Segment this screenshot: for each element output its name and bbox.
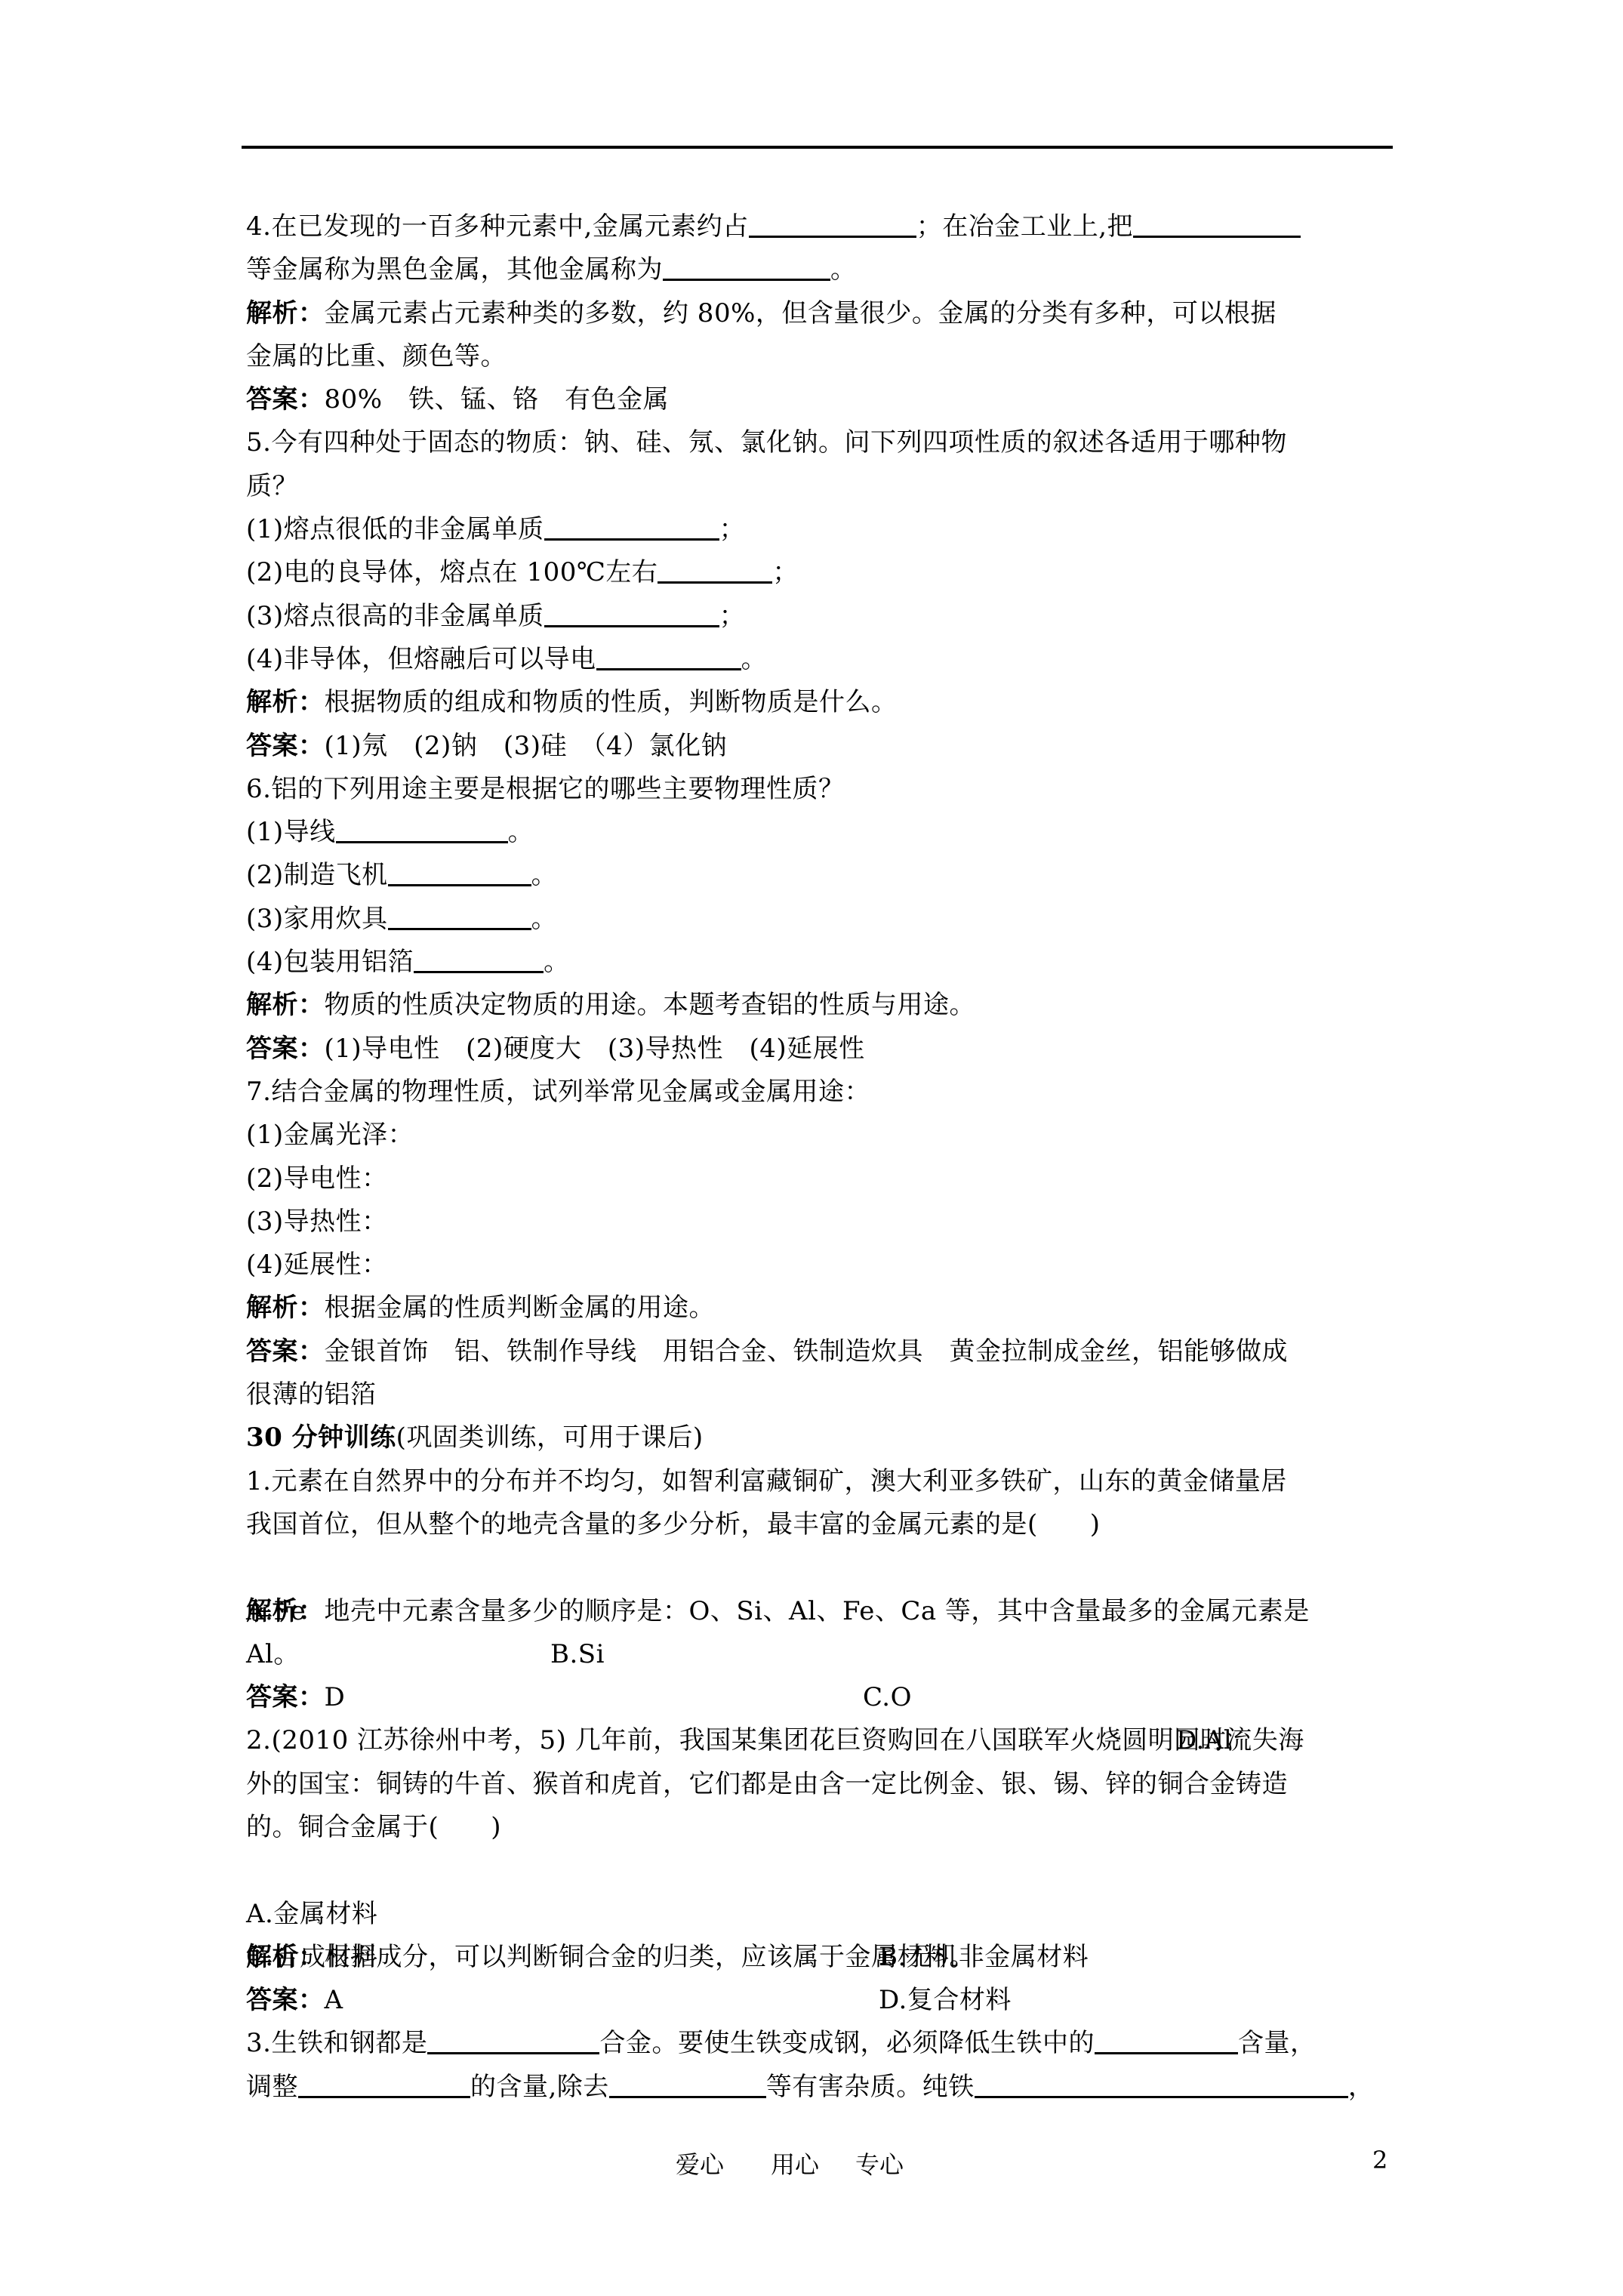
footer-motto: 爱心用心专心 — [676, 2146, 904, 2180]
q4-text: 。 — [830, 254, 857, 285]
q5-stem-2: 质？ — [246, 465, 1394, 508]
q6-answer: 答案：(1)导电性 (2)硬度大 (3)导热性 (4)延展性 — [246, 1028, 1394, 1071]
b-q3-line-1: 3.生铁和钢都是合金。要使生铁变成钢，必须降低生铁中的含量， — [246, 2022, 1394, 2065]
q4-blank-3[interactable] — [663, 253, 830, 281]
answer-label: 答案： — [246, 1682, 325, 1712]
q5-blank-1[interactable] — [544, 513, 719, 541]
q7-item-3: (3)导热性： — [246, 1200, 1394, 1244]
b-q3-text: 等有害杂质。纯铁 — [766, 2072, 975, 2102]
analysis-text: 根据成分，可以判断铜合金的归类，应该属于金属材料。 — [325, 1942, 976, 1972]
analysis-text: Al。 — [246, 1639, 300, 1669]
q5-text: 质？ — [246, 471, 298, 501]
punct: 。 — [544, 947, 570, 977]
b-q1-options: A.Fe B.Si C.O D.Al — [246, 1546, 1394, 1589]
header-rule — [242, 146, 1393, 149]
punct: ； — [719, 601, 746, 631]
b-q2-text: 的。铜合金属于( ) — [246, 1812, 501, 1842]
b-q1-analysis-cont: Al。 — [246, 1633, 1394, 1676]
b-q1-stem-1: 1.元素在自然界中的分布并不均匀，如智利富藏铜矿，澳大利亚多铁矿，山东的黄金储量… — [246, 1460, 1394, 1503]
option-d[interactable]: D.Al — [1176, 1719, 1232, 1762]
answer-text: D — [325, 1682, 346, 1712]
analysis-text: 物质的性质决定物质的用途。本题考查铝的性质与用途。 — [325, 990, 976, 1020]
q5-blank-3[interactable] — [544, 599, 719, 627]
b-q3-text: 调整 — [246, 2072, 298, 2102]
b-q2-text: 2.(2010 江苏徐州中考，5) 几年前，我国某集团花巨资购回在八国联军火烧圆… — [246, 1725, 1304, 1755]
answer-label: 答案： — [246, 384, 325, 415]
q6-blank-3[interactable] — [388, 902, 531, 930]
punct: ； — [772, 557, 799, 587]
b-q2-stem-2: 外的国宝：铜铸的牛首、猴首和虎首，它们都是由含一定比例金、银、锡、锌的铜合金铸造 — [246, 1763, 1394, 1806]
q7-item-4: (4)延展性： — [246, 1244, 1394, 1287]
q6-item-label: (3)家用炊具 — [246, 904, 388, 934]
analysis-text: 根据物质的组成和物质的性质，判断物质是什么。 — [325, 687, 898, 717]
b-q1-stem-2: 我国首位，但从整个的地壳含量的多少分析，最丰富的金属元素的是( ) — [246, 1503, 1394, 1546]
page-number: 2 — [1372, 2146, 1387, 2174]
punct: 。 — [531, 904, 558, 934]
q5-item-label: (1)熔点很低的非金属单质 — [246, 514, 544, 544]
q5-stem-1: 5.今有四种处于固态的物质：钠、硅、氖、氯化钠。问下列四项性质的叙述各适用于哪种… — [246, 421, 1394, 464]
b-q3-line-2: 调整的含量,除去等有害杂质。纯铁， — [246, 2066, 1394, 2109]
q6-item-2: (2)制造飞机。 — [246, 854, 1394, 897]
q6-item-label: (1)导线 — [246, 817, 336, 847]
analysis-text: 金属的比重、颜色等。 — [246, 341, 507, 371]
analysis-text: 金属元素占元素种类的多数，约 80%，但含量很少。金属的分类有多种，可以根据 — [325, 298, 1277, 328]
q7-item-label: (1)金属光泽： — [246, 1120, 414, 1150]
b-q1-text: 1.元素在自然界中的分布并不均匀，如智利富藏铜矿，澳大利亚多铁矿，山东的黄金储量… — [246, 1466, 1287, 1496]
section-title: 30 分钟训练(巩固类训练，可用于课后) — [246, 1416, 1394, 1459]
q5-item-label: (2)电的良导体，熔点在 100℃左右 — [246, 557, 658, 587]
option-a[interactable]: A.Fe — [246, 1590, 306, 1633]
option-b[interactable]: B.Si — [550, 1633, 605, 1676]
answer-text: A — [325, 1985, 343, 2015]
answer-text: 金银首饰 铝、铁制作导线 用铝合金、铁制造炊具 黄金拉制成金丝，铝能够做成 — [325, 1336, 1289, 1367]
q6-item-label: (2)制造飞机 — [246, 860, 388, 890]
q5-item-label: (3)熔点很高的非金属单质 — [246, 601, 544, 631]
q4-text: 4.在已发现的一百多种元素中,金属元素约占 — [246, 211, 749, 242]
q7-item-label: (2)导电性： — [246, 1163, 388, 1194]
b-q3-blank-2[interactable] — [1095, 2026, 1238, 2054]
q5-blank-2[interactable] — [658, 556, 772, 584]
option-c[interactable]: C.O — [863, 1676, 912, 1719]
answer-label: 答案： — [246, 1336, 325, 1367]
q6-item-4: (4)包装用铝箔。 — [246, 941, 1394, 984]
b-q2-stem-3: 的。铜合金属于( ) — [246, 1806, 1394, 1849]
section-title-bold: 30 分钟训练 — [246, 1422, 396, 1453]
punct: 。 — [508, 817, 534, 847]
analysis-label: 解析： — [246, 990, 325, 1020]
q7-answer-cont: 很薄的铝箔 — [246, 1373, 1394, 1416]
q5-item-1: (1)熔点很低的非金属单质； — [246, 508, 1394, 551]
q6-blank-1[interactable] — [336, 815, 508, 843]
q5-analysis: 解析：根据物质的组成和物质的性质，判断物质是什么。 — [246, 681, 1394, 724]
answer-text: (1)导电性 (2)硬度大 (3)导热性 (4)延展性 — [325, 1034, 865, 1064]
option-d[interactable]: D.复合材料 — [879, 1979, 1012, 2022]
document-page: 4.在已发现的一百多种元素中,金属元素约占；在冶金工业上,把 等金属称为黑色金属… — [0, 0, 1623, 2296]
q5-item-label: (4)非导体，但熔融后可以导电 — [246, 644, 596, 674]
q4-line-2: 等金属称为黑色金属，其他金属称为。 — [246, 248, 1394, 291]
footer-motto-2: 用心 — [771, 2146, 819, 2180]
q5-item-3: (3)熔点很高的非金属单质； — [246, 595, 1394, 638]
q7-item-label: (4)延展性： — [246, 1250, 388, 1280]
option-b[interactable]: B.无机非金属材料 — [879, 1936, 1089, 1979]
q6-blank-2[interactable] — [388, 858, 531, 886]
analysis-label: 解析： — [246, 298, 325, 328]
punct: 。 — [741, 644, 768, 674]
q6-analysis: 解析：物质的性质决定物质的用途。本题考查铝的性质与用途。 — [246, 984, 1394, 1027]
q4-answer: 答案：80% 铁、锰、铬 有色金属 — [246, 378, 1394, 421]
q4-line-1: 4.在已发现的一百多种元素中,金属元素约占；在冶金工业上,把 — [246, 205, 1394, 248]
b-q2-answer: 答案：A — [246, 1979, 1394, 2022]
analysis-text: 地壳中元素含量多少的顺序是：O、Si、Al、Fe、Ca 等，其中含量最多的金属元… — [325, 1596, 1310, 1626]
b-q3-text: ， — [1348, 2072, 1375, 2102]
answer-label: 答案： — [246, 731, 325, 761]
q6-item-3: (3)家用炊具。 — [246, 898, 1394, 941]
option-c[interactable]: C.合成材料 — [246, 1936, 378, 1979]
q4-analysis: 解析：金属元素占元素种类的多数，约 80%，但含量很少。金属的分类有多种，可以根… — [246, 292, 1394, 335]
q6-stem: 6.铝的下列用途主要是根据它的哪些主要物理性质？ — [246, 768, 1394, 811]
q5-item-4: (4)非导体，但熔融后可以导电。 — [246, 638, 1394, 681]
q4-analysis-cont: 金属的比重、颜色等。 — [246, 335, 1394, 378]
q4-text: 等金属称为黑色金属，其他金属称为 — [246, 254, 663, 285]
q5-blank-4[interactable] — [596, 643, 741, 670]
b-q2-text: 外的国宝：铜铸的牛首、猴首和虎首，它们都是由含一定比例金、银、锡、锌的铜合金铸造 — [246, 1769, 1288, 1799]
b-q3-blank-3[interactable] — [298, 2070, 470, 2098]
q4-blank-2[interactable] — [1133, 210, 1301, 238]
analysis-label: 解析： — [246, 687, 325, 717]
section-title-note: (巩固类训练，可用于课后) — [396, 1422, 704, 1453]
q7-answer: 答案：金银首饰 铝、铁制作导线 用铝合金、铁制造炊具 黄金拉制成金丝，铝能够做成 — [246, 1330, 1394, 1373]
punct: 。 — [531, 860, 558, 890]
b-q3-text: 含量， — [1238, 2028, 1317, 2058]
b-q2-analysis: 解析：根据成分，可以判断铜合金的归类，应该属于金属材料。 — [246, 1936, 1394, 1979]
q5-answer: 答案：(1)氖 (2)钠 (3)硅 （4）氯化钠 — [246, 725, 1394, 768]
q6-text: 6.铝的下列用途主要是根据它的哪些主要物理性质？ — [246, 774, 844, 804]
q6-blank-4[interactable] — [414, 945, 544, 973]
b-q2-options-row-2: C.合成材料 D.复合材料 — [246, 1893, 1394, 1936]
analysis-label: 解析： — [246, 1293, 325, 1323]
q7-analysis: 解析：根据金属的性质判断金属的用途。 — [246, 1287, 1394, 1330]
footer-motto-1: 爱心 — [676, 2146, 724, 2180]
q7-stem: 7.结合金属的物理性质，试列举常见金属或金属用途： — [246, 1071, 1394, 1114]
q7-item-2: (2)导电性： — [246, 1157, 1394, 1200]
q5-item-2: (2)电的良导体，熔点在 100℃左右； — [246, 551, 1394, 594]
q6-item-1: (1)导线。 — [246, 811, 1394, 854]
b-q3-text: 合金。要使生铁变成钢，必须降低生铁中的 — [599, 2028, 1095, 2058]
answer-text: (1)氖 (2)钠 (3)硅 （4）氯化钠 — [325, 731, 728, 761]
b-q3-blank-5[interactable] — [975, 2070, 1348, 2098]
q4-blank-1[interactable] — [749, 210, 916, 238]
b-q3-text: 的含量,除去 — [470, 2072, 609, 2102]
punct: ； — [719, 514, 746, 544]
footer-motto-3: 专心 — [855, 2146, 904, 2180]
q6-item-label: (4)包装用铝箔 — [246, 947, 414, 977]
b-q1-text: 我国首位，但从整个的地壳含量的多少分析，最丰富的金属元素的是( ) — [246, 1509, 1101, 1539]
q7-text: 7.结合金属的物理性质，试列举常见金属或金属用途： — [246, 1077, 870, 1107]
b-q1-analysis: 解析：地壳中元素含量多少的顺序是：O、Si、Al、Fe、Ca 等，其中含量最多的… — [246, 1590, 1394, 1633]
b-q3-blank-1[interactable] — [427, 2026, 599, 2054]
analysis-text: 根据金属的性质判断金属的用途。 — [325, 1293, 716, 1323]
q7-item-1: (1)金属光泽： — [246, 1114, 1394, 1157]
q7-item-label: (3)导热性： — [246, 1207, 388, 1237]
answer-text: 80% 铁、锰、铬 有色金属 — [325, 384, 670, 415]
b-q3-blank-4[interactable] — [609, 2070, 766, 2098]
q4-text: ；在冶金工业上,把 — [916, 211, 1133, 242]
answer-text: 很薄的铝箔 — [246, 1379, 377, 1410]
page-content: 4.在已发现的一百多种元素中,金属元素约占；在冶金工业上,把 等金属称为黑色金属… — [246, 205, 1394, 2109]
b-q2-options-row-1: A.金属材料 B.无机非金属材料 — [246, 1849, 1394, 1892]
answer-label: 答案： — [246, 1034, 325, 1064]
q5-text: 5.今有四种处于固态的物质：钠、硅、氖、氯化钠。问下列四项性质的叙述各适用于哪种… — [246, 427, 1287, 458]
b-q1-answer: 答案：D — [246, 1676, 1394, 1719]
